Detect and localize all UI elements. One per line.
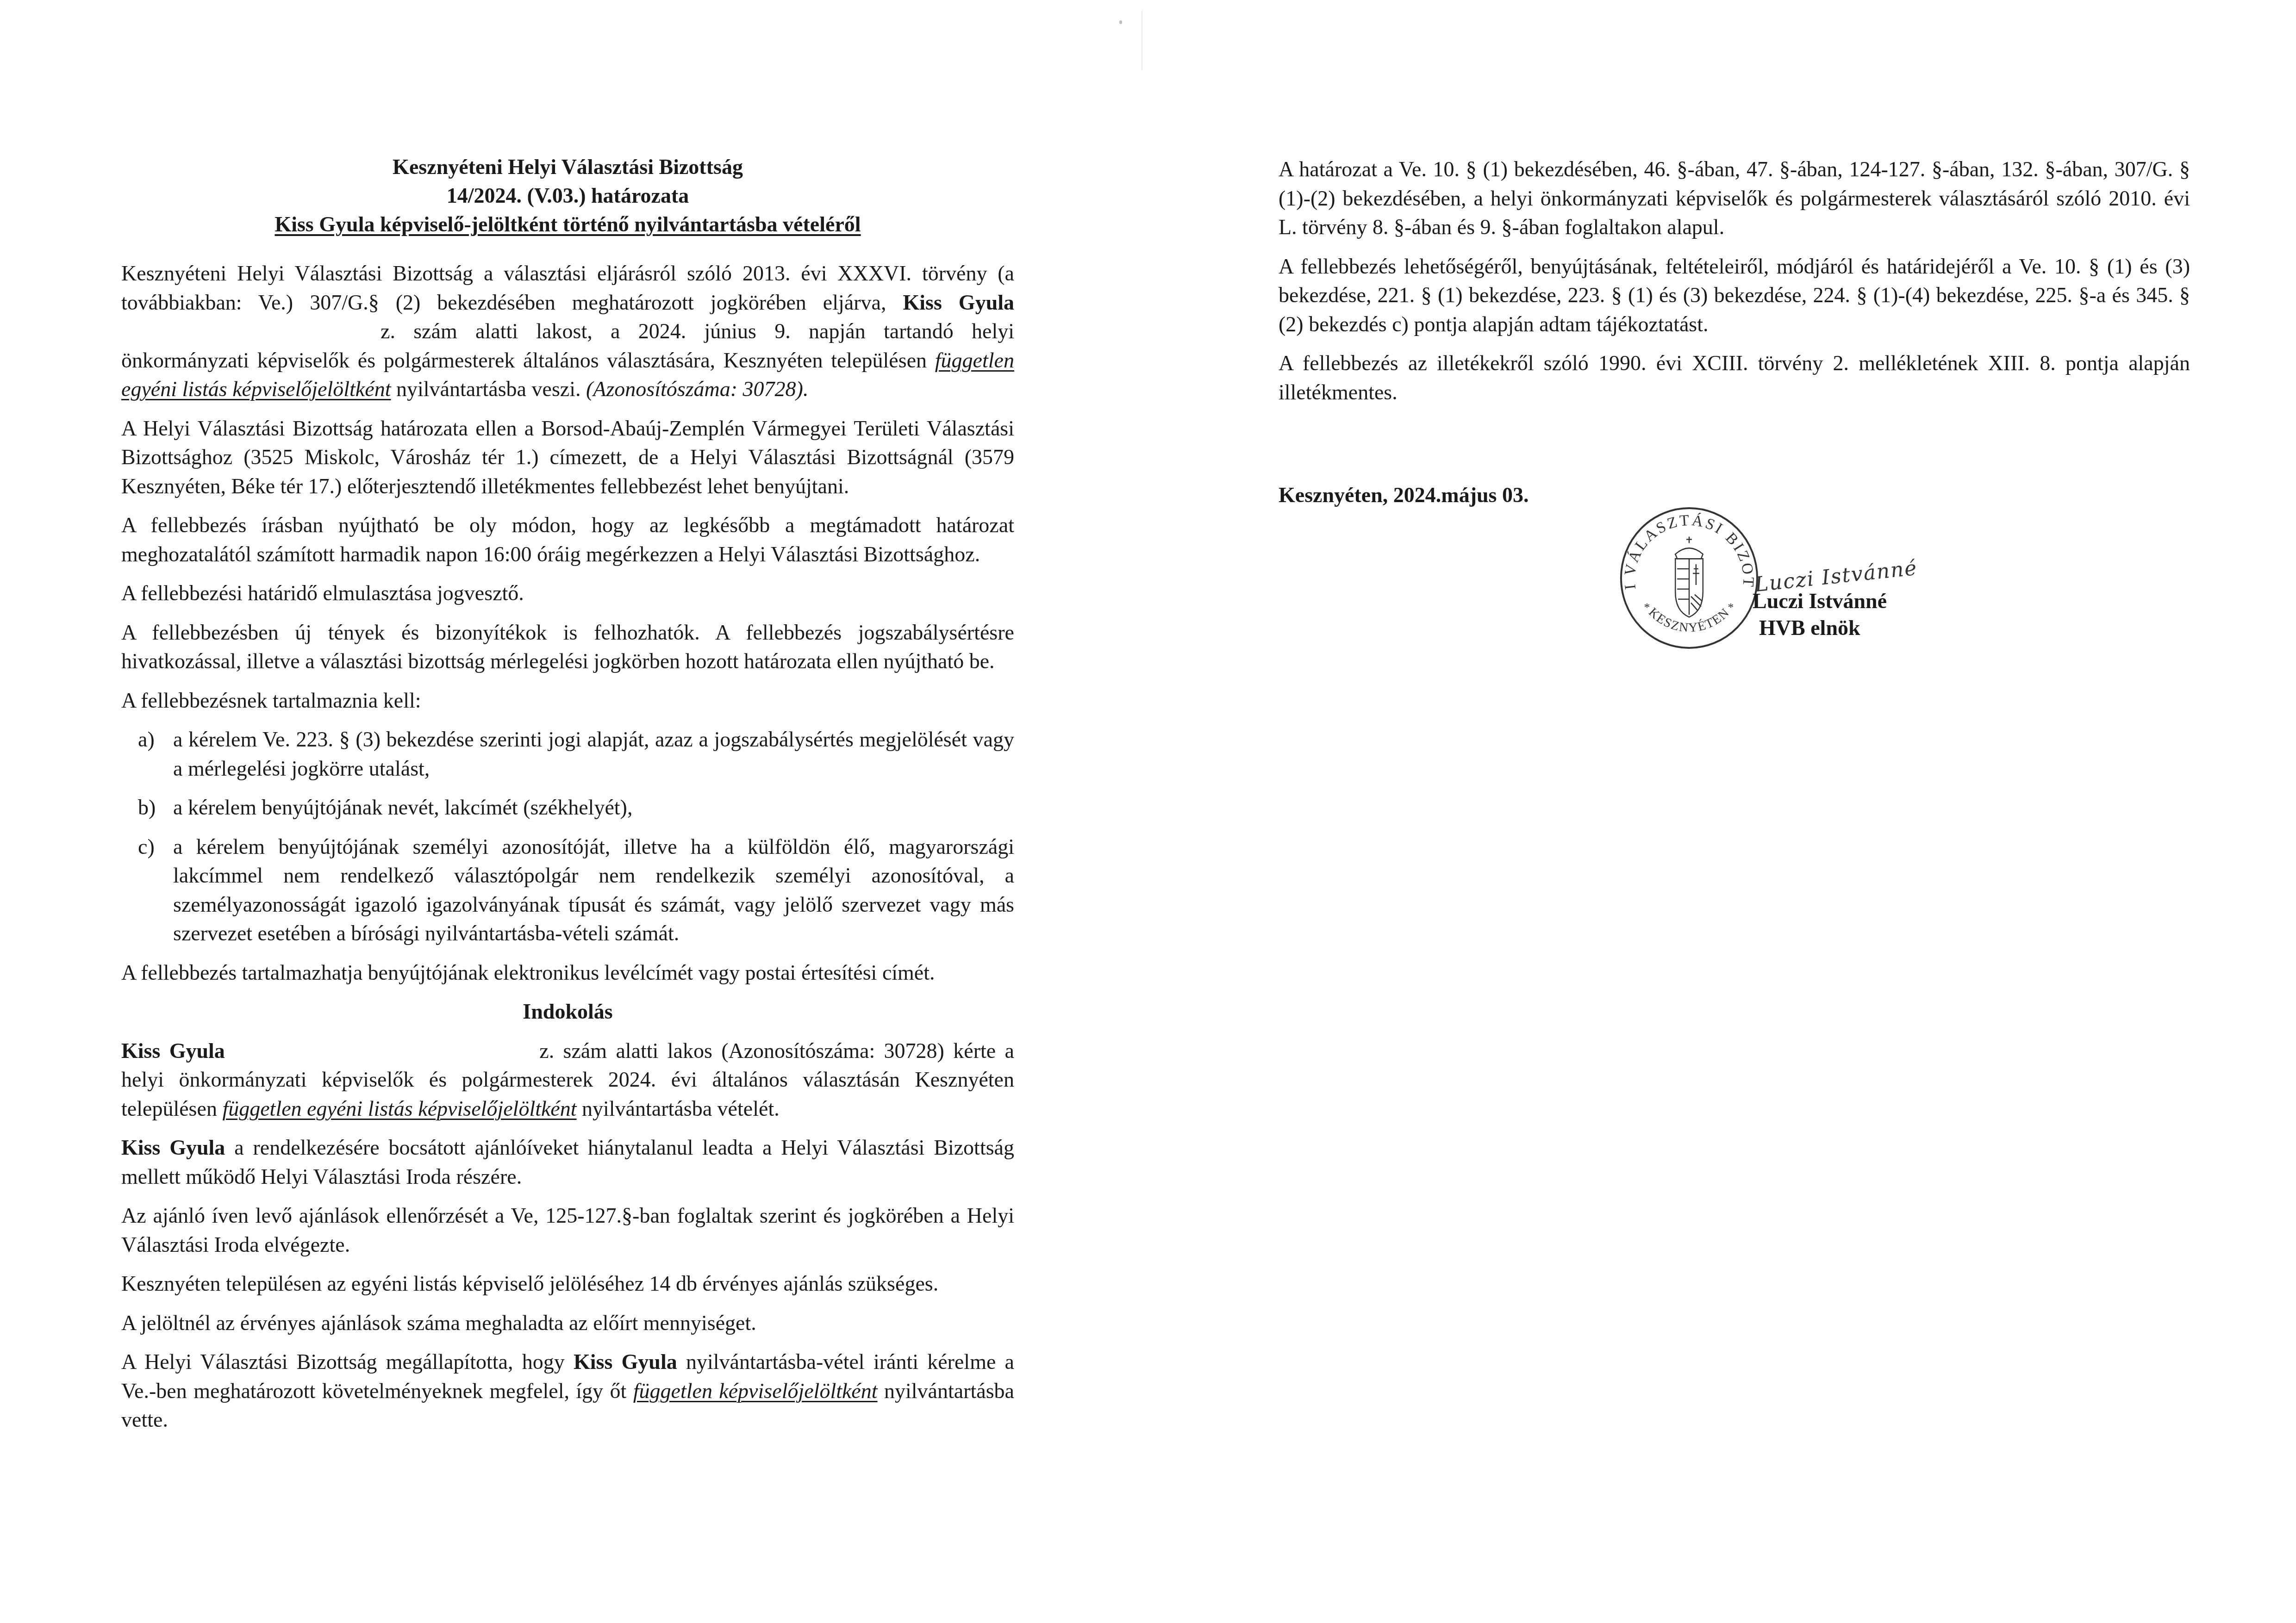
appeal-info-paragraph: A fellebbezés lehetőségéről, benyújtásán… (1279, 252, 2190, 339)
page-divider (1142, 10, 1142, 70)
list-item: a)a kérelem Ve. 223. § (3) bekezdése sze… (121, 725, 1014, 783)
legal-basis-paragraph: A határozat a Ve. 10. § (1) bekezdésében… (1279, 155, 2190, 242)
official-stamp-icon: HELYI VÁLASZTÁSI BIZOTTSÁG KESZNYÉTEN * … (1616, 504, 1763, 652)
new-facts-paragraph: A fellebbezésben új tények és bizonyíték… (121, 618, 1014, 676)
appeal-deadline-paragraph: A fellebbezés írásban nyújtható be oly m… (121, 511, 1014, 569)
reasoning-paragraph-1: Kiss Gyula z. szám alatti lakos (Azonosí… (121, 1037, 1014, 1124)
signer: Luczi Istvánné HVB elnök (1753, 588, 1887, 641)
reasoning-paragraph-6: A Helyi Választási Bizottság megállapíto… (121, 1348, 1014, 1435)
signer-name: Luczi Istvánné (1753, 589, 1887, 613)
signer-role: HVB elnök (1753, 615, 1887, 641)
fee-info-paragraph: A fellebbezés az illetékekről szóló 1990… (1279, 349, 2190, 407)
decision-subject: Kiss Gyula képviselő-jelöltként történő … (275, 212, 861, 236)
reasoning-paragraph-5: A jelöltnél az érvényes ajánlások száma … (121, 1309, 1014, 1338)
list-item: c)a kérelem benyújtójának személyi azono… (121, 833, 1014, 948)
intro-paragraph: Kesznyéteni Helyi Választási Bizottság a… (121, 259, 1014, 404)
authority-name: Kesznyéteni Helyi Választási Bizottság (121, 153, 1014, 181)
scan-speck (1119, 20, 1122, 24)
reasoning-paragraph-4: Kesznyéten településen az egyéni listás … (121, 1269, 1014, 1299)
reasoning-title: Indokolás (121, 997, 1014, 1026)
svg-text:*: * (1644, 601, 1650, 614)
deadline-missed-paragraph: A fellebbezési határidő elmulasztása jog… (121, 579, 1014, 608)
left-column: Kesznyéteni Helyi Választási Bizottság 1… (121, 153, 1014, 1445)
candidate-id: (Azonosítószáma: 30728). (586, 377, 808, 401)
decision-header: Kesznyéteni Helyi Választási Bizottság 1… (121, 153, 1014, 239)
reasoning-paragraph-3: Az ajánló íven levő ajánlások ellenőrzés… (121, 1201, 1014, 1259)
coat-of-arms-icon (1675, 537, 1703, 617)
decision-number: 14/2024. (V.03.) határozata (121, 181, 1014, 210)
list-item: b)a kérelem benyújtójának nevét, lakcímé… (121, 793, 1014, 822)
right-column: A határozat a Ve. 10. § (1) bekezdésében… (1279, 155, 2190, 510)
page-1: Kesznyéteni Helyi Választási Bizottság 1… (0, 0, 1148, 1623)
appeal-body-paragraph: A Helyi Választási Bizottság határozata … (121, 414, 1014, 501)
svg-text:HELYI VÁLASZTÁSI BIZOTTSÁG: HELYI VÁLASZTÁSI BIZOTTSÁG (1616, 504, 1757, 591)
svg-text:*: * (1728, 601, 1734, 614)
page-2: A határozat a Ve. 10. § (1) bekezdésében… (1148, 0, 2296, 1623)
candidate-name: Kiss Gyula (903, 291, 1014, 314)
reasoning-paragraph-2: Kiss Gyula a rendelkezésére bocsátott aj… (121, 1133, 1014, 1191)
signature-block: HELYI VÁLASZTÁSI BIZOTTSÁG KESZNYÉTEN * … (1616, 504, 1986, 699)
must-contain-paragraph: A fellebbezésnek tartalmaznia kell: (121, 686, 1014, 715)
may-contain-paragraph: A fellebbezés tartalmazhatja benyújtóján… (121, 958, 1014, 988)
requirements-list: a)a kérelem Ve. 223. § (3) bekezdése sze… (121, 725, 1014, 948)
